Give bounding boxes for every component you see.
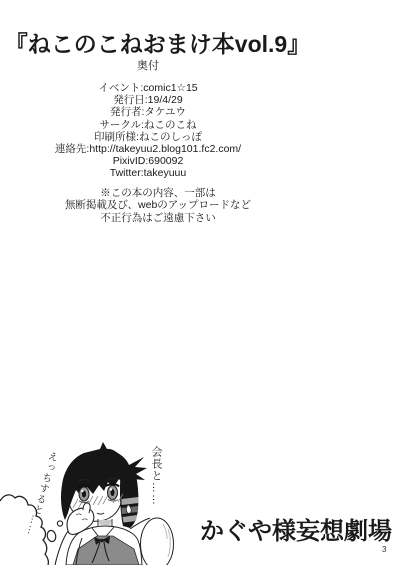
bubble-trail-small bbox=[57, 521, 62, 526]
colophon-heading: 奥付 bbox=[0, 57, 296, 73]
bubble-trail-mid bbox=[46, 530, 57, 543]
page-title: 『ねこのこねおまけ本vol.9』 bbox=[0, 26, 315, 59]
neck-shadow bbox=[98, 520, 112, 525]
sleeve bbox=[141, 518, 174, 565]
colophon-line-event: イベント:comic1☆15 bbox=[0, 82, 296, 94]
speech-kaichou: 会長と…… bbox=[148, 446, 164, 506]
colophon-line-printer: 印刷所様:ねこのしっぽ bbox=[0, 131, 296, 143]
colophon-line-contact-url: 連絡先:http://takeyuu2.blog101.fc2.com/ bbox=[0, 143, 296, 155]
hair-tail bbox=[120, 469, 139, 528]
colophon-line-date: 発行日:19/4/29 bbox=[0, 94, 296, 106]
notice-line-2: 無断掲載及び、webのアップロードなど bbox=[0, 199, 316, 211]
colophon-line-pixiv: PixivID:690092 bbox=[0, 155, 296, 167]
notice-block: ※この本の内容、一部は 無断掲載及び、webのアップロードなど 不正行為はご遠慮… bbox=[0, 187, 316, 224]
colophon-block: イベント:comic1☆15 発行日:19/4/29 発行者:タケユウ サークル… bbox=[0, 82, 296, 180]
notice-line-1: ※この本の内容、一部は bbox=[0, 187, 316, 199]
notice-line-3: 不正行為はご遠慮下さい bbox=[0, 212, 316, 224]
page-number: 3 bbox=[382, 545, 386, 554]
colophon-line-circle: サークル:ねこのこね bbox=[0, 119, 296, 131]
colophon-line-twitter: Twitter:takeyuuu bbox=[0, 167, 296, 179]
corner-caption: かぐや様妄想劇場 bbox=[199, 511, 393, 546]
doujin-colophon-page: 『ねこのこねおまけ本vol.9』 奥付 イベント:comic1☆15 発行日:1… bbox=[0, 0, 400, 565]
colophon-line-publisher: 発行者:タケユウ bbox=[0, 106, 296, 118]
